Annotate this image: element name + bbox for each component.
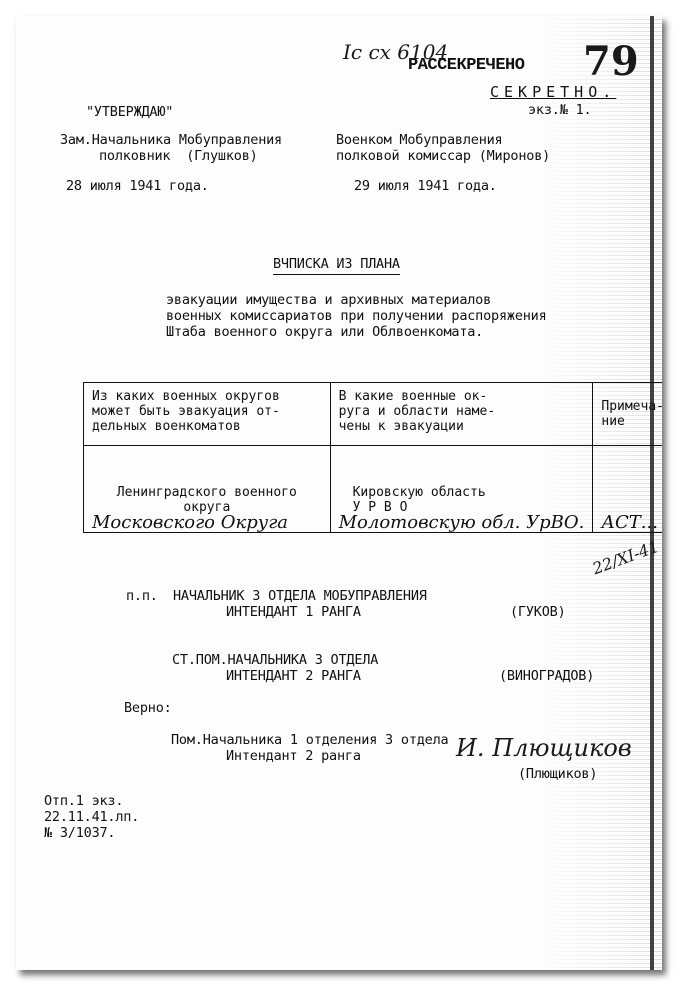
cell-from-handwritten: Московского Округа: [92, 515, 322, 530]
cell-to: Кировскую область У Р В О Молотовскую об…: [330, 446, 593, 533]
footer-reg-number: № 3/1037.: [44, 825, 115, 841]
signer-1-name: (ГУКОВ): [510, 604, 566, 620]
certifier-name: (Плющиков): [518, 766, 597, 782]
approver-left-rank-name: полковник (Глушков): [99, 148, 258, 164]
document-subtitle-line-1: эвакуации имущества и архивных материало…: [166, 292, 491, 308]
approver-left-date: 28 июля 1941 года.: [66, 178, 209, 194]
declassified-stamp: РАССЕКРЕЧЕНО: [408, 58, 524, 74]
sheet-number: 79: [583, 38, 639, 85]
secrecy-label: СЕКРЕТНО.: [490, 84, 616, 100]
footer-copies: Отп.1 экз.: [44, 793, 123, 809]
header-notes: Примеча- ние: [593, 383, 662, 446]
document-subtitle-line-3: Штаба военного округа или Облвоенкомата.: [166, 324, 483, 340]
approver-left-position: Зам.Начальника Мобуправления: [60, 132, 282, 148]
signer-2-position: СТ.ПОМ.НАЧАЛЬНИКА 3 ОТДЕЛА: [172, 652, 378, 668]
approval-title: "УТВЕРЖДАЮ": [86, 104, 173, 120]
certifier-rank: Интендант 2 ранга: [226, 748, 361, 764]
table-row: Ленинградского военного округа Московско…: [84, 446, 663, 533]
header-to-districts: В какие военные ок- руга и области наме-…: [330, 383, 593, 446]
signer-1-rank: ИНТЕНДАНТ 1 РАНГА: [226, 604, 361, 620]
certifier-position: Пом.Начальника 1 отделения 3 отдела: [171, 732, 448, 748]
signer-1-position: НАЧАЛЬНИК 3 ОТДЕЛА МОБУПРАВЛЕНИЯ: [173, 588, 427, 604]
approver-right-date: 29 июля 1941 года.: [354, 178, 497, 194]
cell-to-handwritten: Молотовскую обл. УрВО.: [339, 515, 585, 530]
approver-right-rank-name: полковой комиссар (Миронов): [336, 148, 550, 164]
cell-from: Ленинградского военного округа Московско…: [84, 446, 331, 533]
cell-to-typed: Кировскую область У Р В О: [339, 485, 585, 515]
certified-label: Верно:: [124, 700, 172, 716]
header-from-districts: Из каких военных округов может быть эвак…: [84, 383, 331, 446]
scanned-document-page: Ic сх 6104 РАССЕКРЕЧЕНО 79 СЕКРЕТНО. экз…: [16, 16, 662, 970]
signer-1-prefix: п.п.: [126, 588, 158, 604]
approver-right-position: Военком Мобуправления: [336, 132, 502, 148]
signer-2-rank: ИНТЕНДАНТ 2 РАНГА: [226, 668, 361, 684]
cell-notes-handwritten: АСТ...: [601, 515, 662, 530]
document-title: ВЧПИСКА ИЗ ПЛАНА: [273, 256, 400, 275]
evacuation-plan-table: Из каких военных округов может быть эвак…: [83, 382, 662, 533]
footer-date: 22.11.41.лп.: [44, 809, 139, 825]
signer-2-name: (ВИНОГРАДОВ): [499, 668, 594, 684]
cell-from-typed: Ленинградского военного округа: [92, 485, 322, 515]
certifier-signature: И. Плющиков: [456, 734, 632, 762]
copy-number: экз.№ 1.: [528, 102, 591, 118]
table-header-row: Из каких военных округов может быть эвак…: [84, 383, 663, 446]
cell-notes: АСТ...: [593, 446, 662, 533]
document-subtitle-line-2: военных комиссариатов при получении расп…: [166, 308, 547, 324]
